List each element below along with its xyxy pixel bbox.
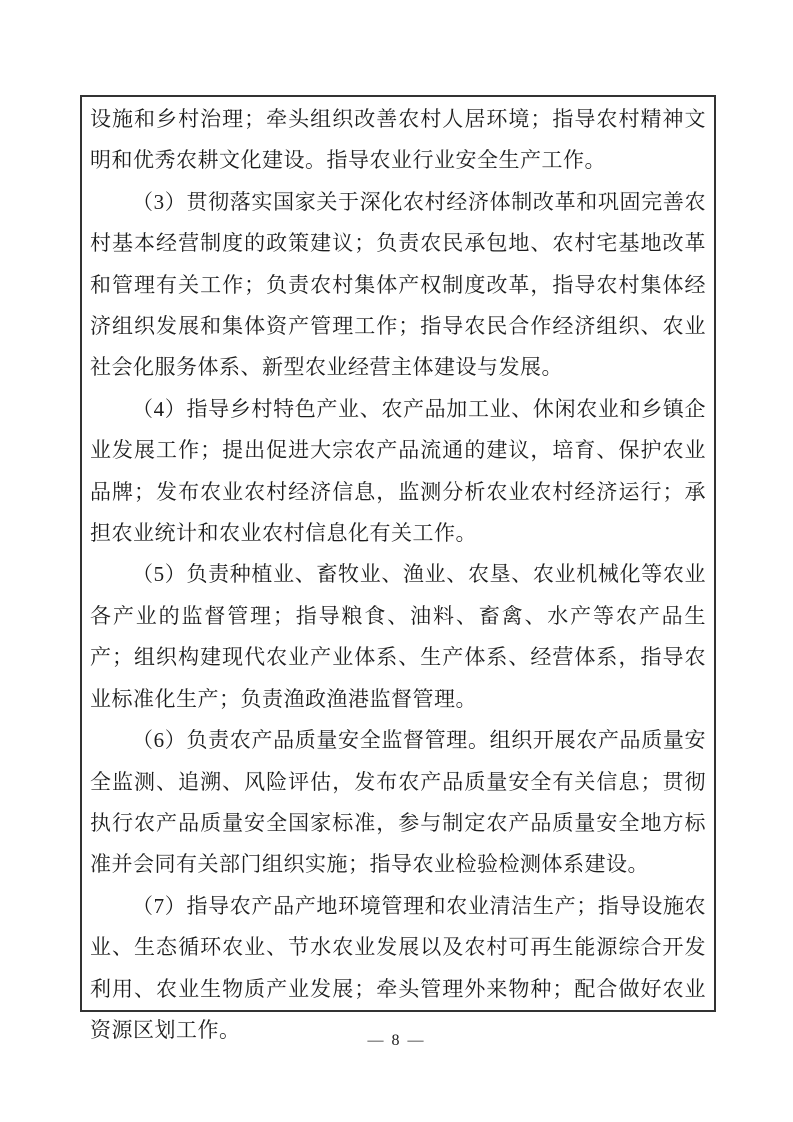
paragraph-item-5: （5）负责种植业、畜牧业、渔业、农垦、农业机械化等农业各产业的监督管理；指导粮食…	[90, 554, 706, 720]
paragraph-item-3: （3）贯彻落实国家关于深化农村经济体制改革和巩固完善农村基本经营制度的政策建议；…	[90, 182, 706, 389]
paragraph-item-7: （7）指导农产品产地环境管理和农业清洁生产；指导设施农业、生态循环农业、节水农业…	[90, 886, 706, 1052]
document-page: 设施和乡村治理；牵头组织改善农村人居环境；指导农村精神文明和优秀农耕文化建设。指…	[0, 0, 793, 1122]
page-number: — 8 —	[0, 1032, 793, 1050]
paragraph-item-6: （6）负责农产品质量安全监督管理。组织开展农产品质量安全监测、追溯、风险评估，发…	[90, 720, 706, 886]
paragraph-continuation: 设施和乡村治理；牵头组织改善农村人居环境；指导农村精神文明和优秀农耕文化建设。指…	[90, 99, 706, 182]
paragraph-item-4: （4）指导乡村特色产业、农产品加工业、休闲农业和乡镇企业发展工作；提出促进大宗农…	[90, 389, 706, 555]
table-cell-border: 设施和乡村治理；牵头组织改善农村人居环境；指导农村精神文明和优秀农耕文化建设。指…	[80, 95, 716, 1012]
